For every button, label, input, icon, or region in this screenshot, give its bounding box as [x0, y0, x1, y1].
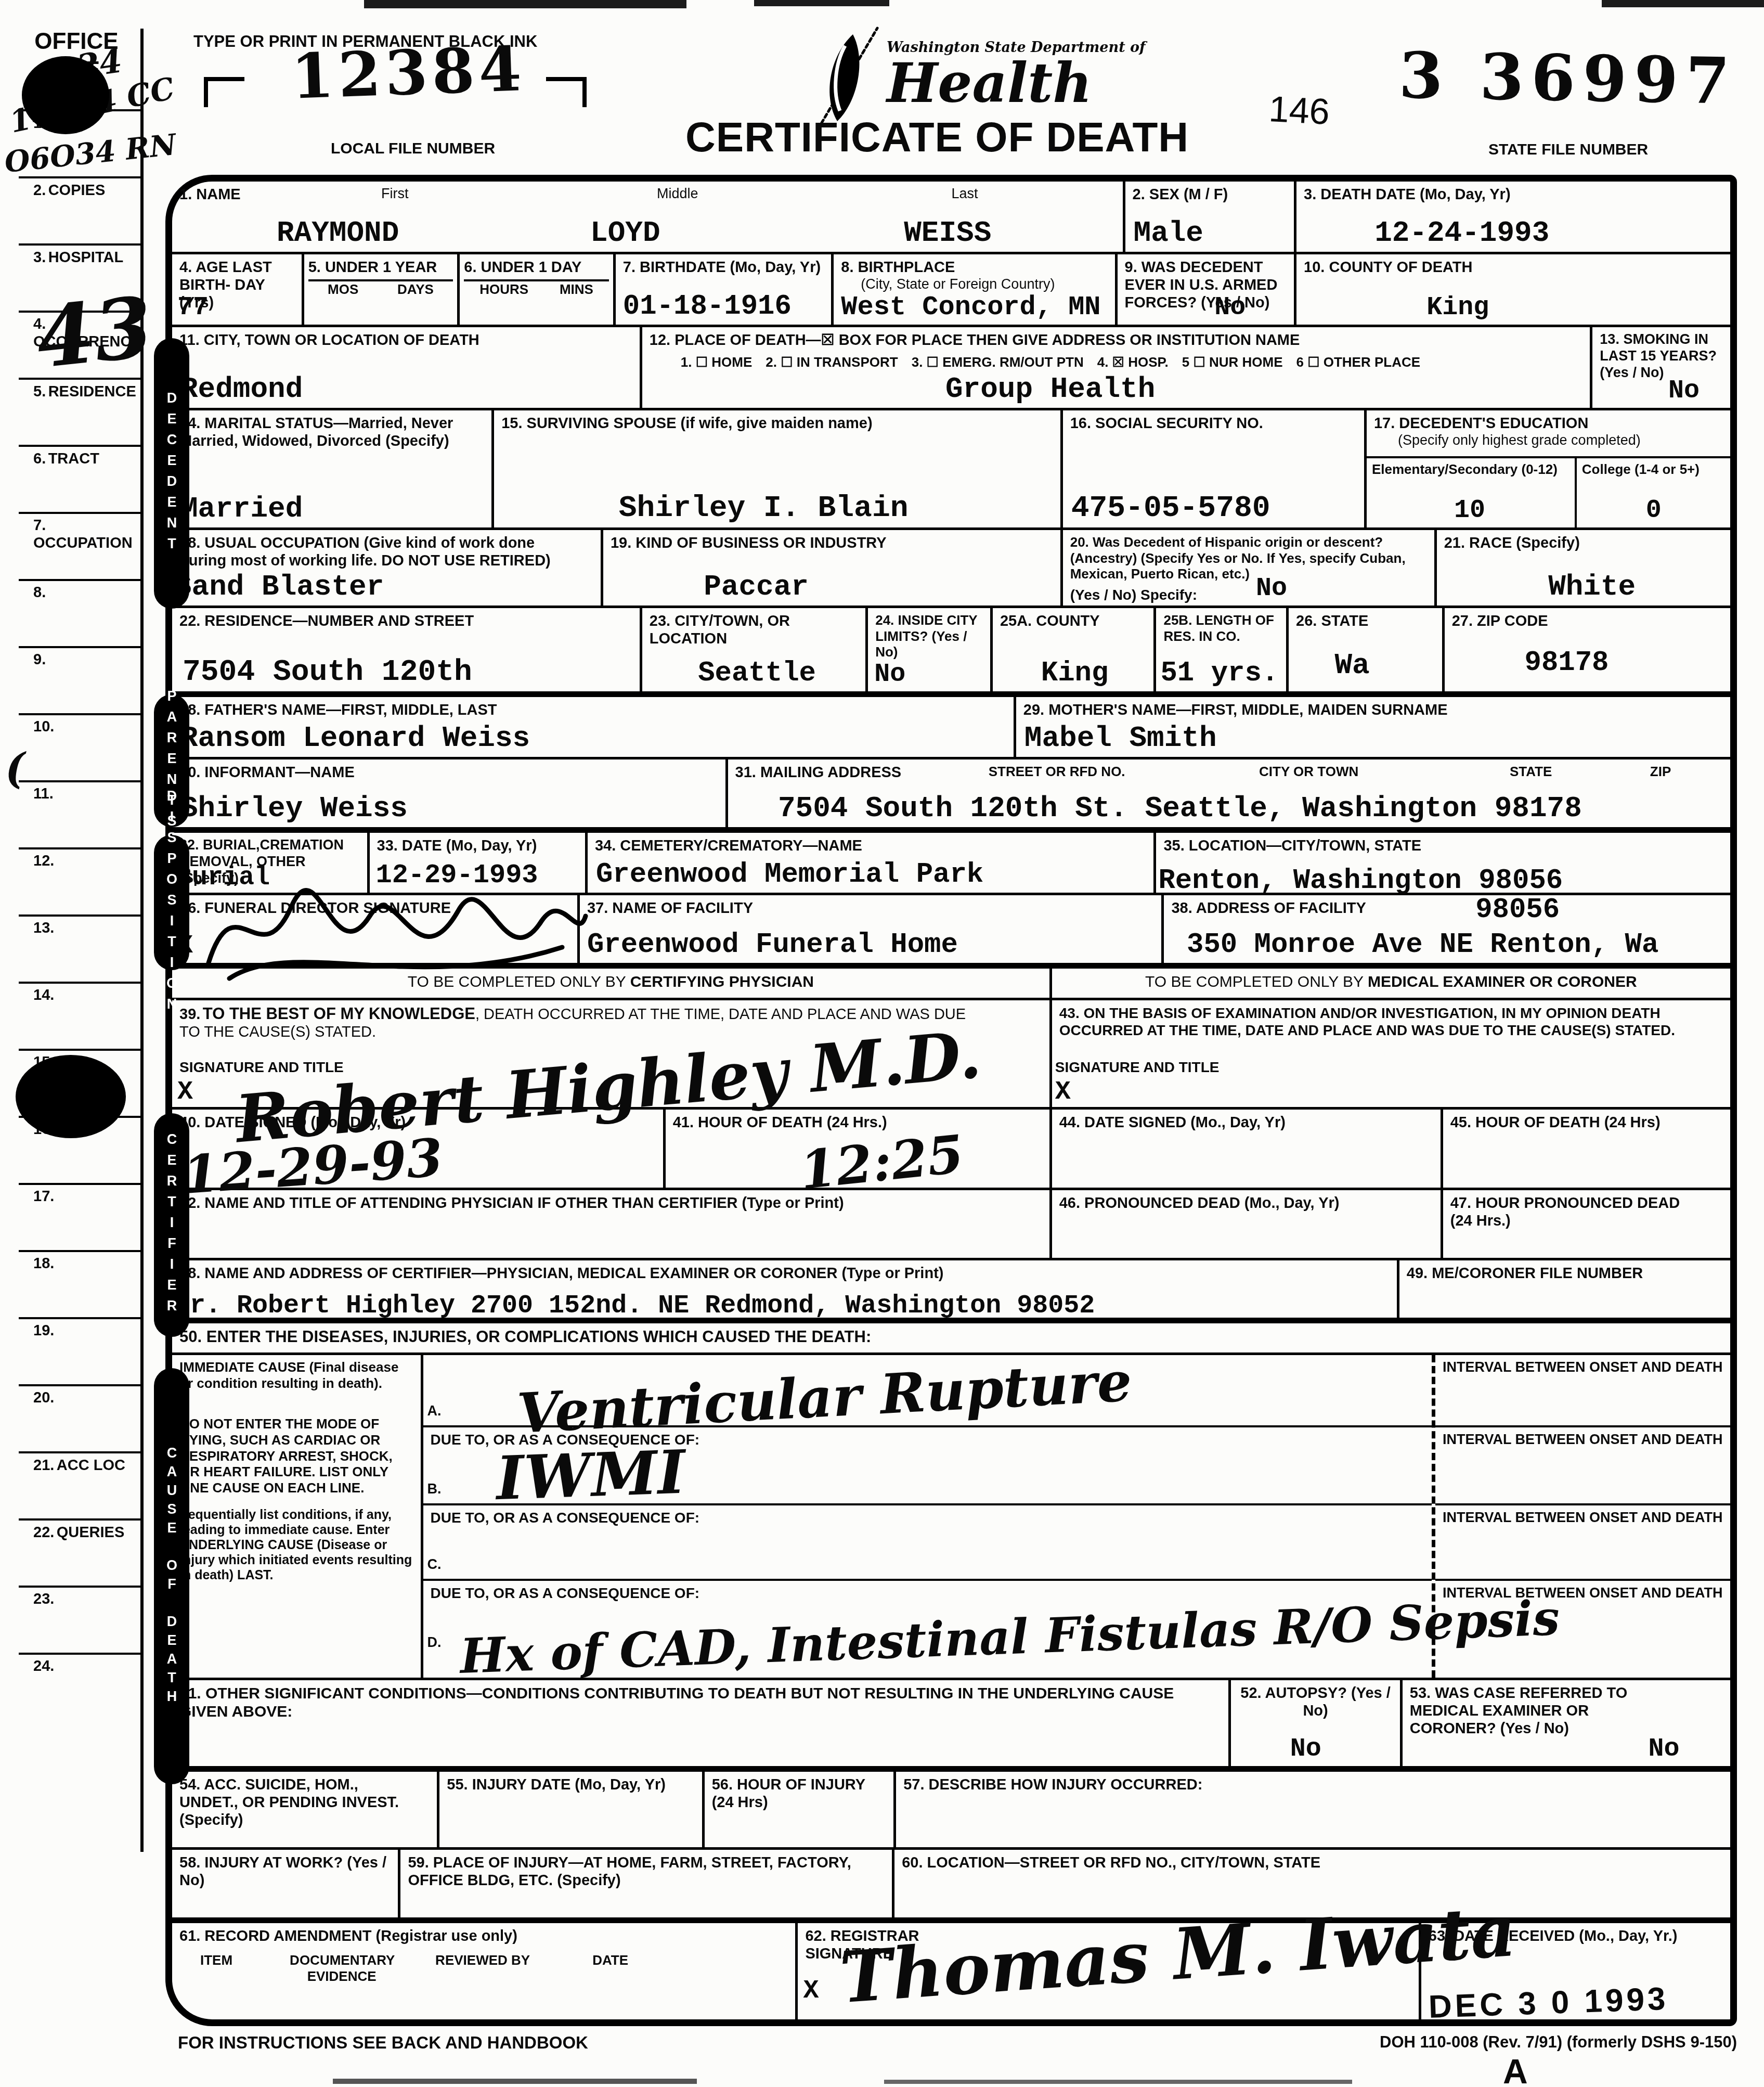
field-26-state: 26. STATE Wa — [1286, 608, 1442, 691]
certificate-title: CERTIFICATE OF DEATH — [685, 113, 1189, 161]
field-21-value: White — [1548, 570, 1636, 603]
field-49-me-file-number: 49. ME/CORONER FILE NUMBER — [1397, 1260, 1730, 1318]
field-49-label: 49. ME/CORONER FILE NUMBER — [1407, 1265, 1643, 1282]
certificate-form: 1. NAME First Middle Last RAYMOND LOYD W… — [165, 175, 1737, 2026]
field-61-record-amendment: 61. RECORD AMENDMENT (Registrar use only… — [172, 1923, 795, 2019]
field-47-hour-pronounced: 47. HOUR PRONOUNCED DEAD (24 Hrs.) — [1441, 1190, 1730, 1258]
field-19-value: Paccar — [704, 570, 809, 603]
field-59-label: 59. PLACE OF INJURY—AT HOME, FARM, STREE… — [408, 1854, 851, 1889]
field-1-label: 1. NAME — [179, 186, 241, 203]
field-45-me-hour-of-death: 45. HOUR OF DEATH (24 Hrs) — [1441, 1110, 1730, 1188]
row-informant: 30. INFORMANT—NAME Shirley Weiss 31. MAI… — [172, 757, 1730, 827]
field-8-value: West Concord, MN — [841, 292, 1100, 323]
footer-mark-a: A — [1503, 2052, 1528, 2087]
row-name: 1. NAME First Middle Last RAYMOND LOYD W… — [172, 182, 1730, 252]
field-17-education: 17. DECEDENT'S EDUCATION (Specify only h… — [1364, 410, 1730, 527]
death-certificate-page: OFFICE USE ONLY TYPE OR PRINT IN PERMANE… — [0, 0, 1764, 2087]
field-45-label: 45. HOUR OF DEATH (24 Hrs) — [1450, 1114, 1661, 1131]
field-42-attending-physician: 42. NAME AND TITLE OF ATTENDING PHYSICIA… — [172, 1190, 1049, 1258]
office-item: 8. — [19, 579, 141, 646]
field-27-value: 98178 — [1524, 647, 1609, 679]
field-1-middle-label: Middle — [657, 186, 698, 202]
field-41-hour-of-death: 41. HOUR OF DEATH (24 Hrs.) 12:25 — [663, 1110, 1049, 1188]
field-38-label: 38. ADDRESS OF FACILITY — [1171, 900, 1366, 917]
field-51-other-conditions: 51. OTHER SIGNIFICANT CONDITIONS—CONDITI… — [172, 1680, 1228, 1766]
field-15-surviving-spouse: 15. SURVIVING SPOUSE (if wife, give maid… — [491, 410, 1060, 527]
field-61-col3: REVIEWED BY — [435, 1952, 530, 1984]
field-58-injury-at-work: 58. INJURY AT WORK? (Yes / No) — [172, 1850, 398, 1917]
cause-line-b-label: B. — [427, 1481, 442, 1497]
field-27-label: 27. ZIP CODE — [1452, 613, 1548, 629]
field-21-race: 21. RACE (Specify) White — [1434, 530, 1730, 606]
scan-artifact — [364, 0, 686, 8]
field-18-value: Sand Blaster — [174, 570, 384, 603]
row-attending-physician: 42. NAME AND TITLE OF ATTENDING PHYSICIA… — [172, 1188, 1730, 1258]
field-30-label: 30. INFORMANT—NAME — [179, 764, 355, 781]
field-53-referred-to-me: 53. WAS CASE REFERRED TO MEDICAL EXAMINE… — [1400, 1680, 1730, 1766]
field-21-label: 21. RACE (Specify) — [1444, 535, 1580, 551]
office-item: 9. — [19, 646, 141, 713]
scan-artifact — [884, 2080, 1352, 2084]
field-9-value: No — [1214, 293, 1246, 323]
field-1-last-value: WEISS — [904, 216, 991, 250]
row-registrar: 61. RECORD AMENDMENT (Registrar use only… — [172, 1917, 1730, 2019]
field-17-elem-value: 10 — [1454, 496, 1485, 525]
row-injury-1: 54. ACC. SUICIDE, HOM., UNDET., OR PENDI… — [172, 1766, 1730, 1847]
field-8-label: 8. BIRTHPLACE — [841, 259, 955, 276]
field-12-place-of-death: 12. PLACE OF DEATH—☒ BOX FOR PLACE THEN … — [640, 327, 1590, 408]
footer-form-number: DOH 110-008 (Rev. 7/91) (formerly DSHS 9… — [1238, 2033, 1737, 2052]
field-6-mins-label: MINS — [560, 281, 593, 298]
office-item: 21. ACC LOC — [19, 1451, 141, 1518]
field-13-label: 13. SMOKING IN LAST 15 YEARS? (Yes / No) — [1600, 331, 1717, 380]
office-item: 22. QUERIES — [19, 1518, 141, 1586]
field-16-label: 16. SOCIAL SECURITY NO. — [1070, 415, 1263, 432]
field-30-value: Shirley Weiss — [180, 792, 408, 825]
cause-line-a-label: A. — [427, 1403, 442, 1419]
field-2-value: Male — [1134, 216, 1203, 250]
field-38-facility-address: 38. ADDRESS OF FACILITY 98056 350 Monroe… — [1161, 895, 1730, 963]
field-35-value: Renton, Washington 98056 — [1158, 865, 1563, 897]
field-8-birthplace: 8. BIRTHPLACE (City, State or Foreign Co… — [831, 254, 1114, 325]
field-38-value: 350 Monroe Ave NE Renton, Wa — [1187, 929, 1658, 961]
field-6-under-1-day: 6. UNDER 1 DAY HOURS MINS — [457, 254, 613, 325]
field-2-label: 2. SEX (M / F) — [1133, 186, 1228, 203]
field-46-pronounced-dead: 46. PRONOUNCED DEAD (Mo., Day, Yr) — [1049, 1190, 1441, 1258]
field-12-value: Group Health — [945, 372, 1155, 406]
row-certify-statement: 39. TO THE BEST OF MY KNOWLEDGE, DEATH O… — [172, 998, 1730, 1107]
section-cause-of-death: CAUSE OF DEATH — [154, 1368, 189, 1784]
field-13-smoking: 13. SMOKING IN LAST 15 YEARS? (Yes / No)… — [1590, 327, 1730, 408]
field-17-label: 17. DECEDENT'S EDUCATION — [1374, 415, 1588, 432]
cause-line-d-value: Hx of CAD, Intestinal Fistulas R/O Sepsi… — [459, 1590, 1560, 1684]
field-16-value: 475-05-5780 — [1071, 492, 1270, 525]
field-7-birthdate: 7. BIRTHDATE (Mo, Day, Yr) 01-18-1916 — [613, 254, 831, 325]
field-29-value: Mabel Smith — [1024, 722, 1217, 755]
field-25b-label: 25B. LENGTH OF RES. IN CO. — [1163, 612, 1274, 644]
redaction-dot — [22, 56, 109, 134]
field-57-label: 57. DESCRIBE HOW INJURY OCCURRED: — [903, 1776, 1202, 1793]
field-59-place-of-injury: 59. PLACE OF INJURY—AT HOME, FARM, STREE… — [398, 1850, 892, 1917]
field-38-value-top: 98056 — [1475, 894, 1560, 926]
section-disposition: DISPOSITION — [154, 835, 189, 970]
interval-c-label: INTERVAL BETWEEN ONSET AND DEATH — [1443, 1510, 1723, 1525]
field-24-value: No — [874, 660, 905, 689]
page-note-146: 146 — [1268, 88, 1331, 133]
field-63-value-stamp: DEC 3 0 1993 — [1428, 1980, 1669, 2026]
office-item: 19. — [19, 1317, 141, 1384]
field-28-value: Ransom Leonard Weiss — [180, 722, 530, 755]
cause-note-immediate: IMMEDIATE CAUSE (Final disease or condit… — [179, 1359, 413, 1391]
field-62-x: X — [803, 1976, 819, 2006]
field-19-industry: 19. KIND OF BUSINESS OR INDUSTRY Paccar — [601, 530, 1060, 606]
cause-line-b-value: IWMI — [495, 1437, 686, 1514]
field-10-county-of-death: 10. COUNTY OF DEATH King — [1294, 254, 1730, 325]
section-decedent: DECEDENT — [154, 338, 189, 609]
field-25a-value: King — [1041, 658, 1109, 689]
office-item: 12. — [19, 847, 141, 914]
cause-line-a: A. Ventricular Rupture — [423, 1355, 1432, 1425]
field-29-mother-name: 29. MOTHER'S NAME—FIRST, MIDDLE, MAIDEN … — [1014, 697, 1730, 757]
scan-artifact — [754, 0, 889, 6]
field-62-registrar-signature: 62. REGISTRAR SIGNATURE X Thomas M. Iwat… — [795, 1923, 1418, 2019]
field-18-occupation: 18. USUAL OCCUPATION (Give kind of work … — [172, 530, 601, 606]
field-8-sublabel: (City, State or Foreign Country) — [861, 276, 1107, 292]
field-55-label: 55. INJURY DATE (Mo, Day, Yr) — [447, 1776, 666, 1793]
cause-note-sequential: Sequentially list conditions, if any, le… — [179, 1508, 413, 1583]
cause-line-d-label: D. — [427, 1634, 442, 1651]
field-3-death-date: 3. DEATH DATE (Mo, Day, Yr) 12-24-1993 — [1294, 182, 1730, 252]
field-61-col1: ITEM — [200, 1952, 232, 1984]
field-31-col4-label: ZIP — [1650, 764, 1671, 780]
place-option-other: 6 ☐ OTHER PLACE — [1296, 354, 1420, 370]
cert-right-strong: MEDICAL EXAMINER OR CORONER — [1368, 973, 1637, 990]
field-23-residence-city: 23. CITY/TOWN, OR LOCATION Seattle — [640, 608, 865, 691]
office-item: 18. — [19, 1250, 141, 1317]
interval-a: INTERVAL BETWEEN ONSET AND DEATH — [1435, 1355, 1730, 1425]
place-option-home: 1. ☐ HOME — [681, 354, 752, 370]
field-9-label: 9. WAS DECEDENT EVER IN U.S. ARMED FORCE… — [1125, 259, 1278, 311]
field-22-label: 22. RESIDENCE—NUMBER AND STREET — [179, 613, 474, 629]
field-24-inside-city-limits: 24. INSIDE CITY LIMITS? (Yes / No) No — [865, 608, 990, 691]
field-11-city-of-death: 11. CITY, TOWN OR LOCATION OF DEATH Redm… — [172, 327, 640, 408]
field-53-label: 53. WAS CASE REFERRED TO MEDICAL EXAMINE… — [1410, 1684, 1661, 1738]
field-15-label: 15. SURVIVING SPOUSE (if wife, give maid… — [501, 415, 872, 432]
field-10-value: King — [1426, 293, 1489, 323]
field-43-label: 43. ON THE BASIS OF EXAMINATION AND/OR I… — [1059, 1004, 1696, 1039]
field-10-label: 10. COUNTY OF DEATH — [1304, 259, 1472, 276]
field-17-college: College (1-4 or 5+) 0 — [1575, 458, 1730, 527]
place-option-in-transport: 2. ☐ IN TRANSPORT — [766, 354, 898, 370]
field-31-col3-label: STATE — [1510, 764, 1552, 780]
section-certifier: CERTIFIER — [154, 1113, 189, 1337]
field-11-label: 11. CITY, TOWN OR LOCATION OF DEATH — [179, 332, 479, 349]
field-24-label: 24. INSIDE CITY LIMITS? (Yes / No) — [875, 612, 977, 660]
field-28-label: 28. FATHER'S NAME—FIRST, MIDDLE, LAST — [179, 702, 497, 718]
office-item: 17. — [19, 1183, 141, 1250]
field-34-value: Greenwood Memorial Park — [596, 859, 983, 891]
field-20-value: No — [1256, 574, 1287, 603]
state-file-number-stamp: 3 36997 — [1398, 37, 1737, 118]
office-item: 2. COPIES — [19, 176, 141, 243]
field-56-hour-of-injury: 56. HOUR OF INJURY (24 Hrs) — [702, 1772, 894, 1847]
field-47-label: 47. HOUR PRONOUNCED DEAD (24 Hrs.) — [1450, 1194, 1701, 1230]
field-26-label: 26. STATE — [1296, 613, 1368, 629]
field-1-first-value: RAYMOND — [277, 216, 399, 250]
field-31-col2-label: CITY OR TOWN — [1259, 764, 1358, 780]
redaction-dot — [16, 1055, 126, 1138]
crop-mark-left — [204, 77, 244, 107]
field-54-manner: 54. ACC. SUICIDE, HOM., UNDET., OR PENDI… — [172, 1772, 437, 1847]
field-27-zip: 27. ZIP CODE 98178 — [1442, 608, 1730, 691]
field-5-under-1-year: 5. UNDER 1 YEAR MOS DAYS — [302, 254, 458, 325]
field-33-label: 33. DATE (Mo, Day, Yr) — [377, 838, 537, 854]
field-16-ssn: 16. SOCIAL SECURITY NO. 475-05-5780 — [1060, 410, 1364, 527]
cause-lines: A. Ventricular Rupture DUE TO, OR AS A C… — [421, 1355, 1432, 1678]
field-31-mailing-address: 31. MAILING ADDRESS STREET OR RFD NO. CI… — [725, 759, 1730, 827]
field-5-days-label: DAYS — [397, 281, 434, 298]
field-9-armed-forces: 9. WAS DECEDENT EVER IN U.S. ARMED FORCE… — [1115, 254, 1294, 325]
field-31-col1-label: STREET OR RFD NO. — [989, 764, 1125, 780]
field-29-label: 29. MOTHER'S NAME—FIRST, MIDDLE, MAIDEN … — [1023, 702, 1448, 718]
field-20-prompt: (Yes / No) Specify: — [1070, 586, 1197, 603]
cert-left-strong: CERTIFYING PHYSICIAN — [630, 973, 814, 990]
row-certifier-address: 48. NAME AND ADDRESS OF CERTIFIER—PHYSIC… — [172, 1258, 1730, 1318]
scan-artifact — [333, 2079, 697, 2084]
field-58-label: 58. INJURY AT WORK? (Yes / No) — [179, 1854, 386, 1889]
row-funeral: 36. FUNERAL DIRECTOR SIGNATURE X 37. NAM… — [172, 893, 1730, 963]
cause-instructions: IMMEDIATE CAUSE (Final disease or condit… — [172, 1355, 421, 1678]
field-51-label: 51. OTHER SIGNIFICANT CONDITIONS—CONDITI… — [179, 1685, 1174, 1720]
field-39-strong: TO THE BEST OF MY KNOWLEDGE — [203, 1004, 475, 1023]
field-4-value: 77 — [177, 293, 209, 323]
field-39-certify: 39. TO THE BEST OF MY KNOWLEDGE, DEATH O… — [172, 1000, 1049, 1107]
field-3-value: 12-24-1993 — [1374, 216, 1549, 250]
field-37-value: Greenwood Funeral Home — [587, 929, 958, 961]
field-61-col2: DOCUMENTARY EVIDENCE — [290, 1952, 394, 1984]
field-55-injury-date: 55. INJURY DATE (Mo, Day, Yr) — [437, 1772, 702, 1847]
field-60-label: 60. LOCATION—STREET OR RFD NO., CITY/TOW… — [902, 1854, 1320, 1871]
field-61-label: 61. RECORD AMENDMENT (Registrar use only… — [179, 1928, 517, 1944]
row-parents: 28. FATHER'S NAME—FIRST, MIDDLE, LAST Ra… — [172, 691, 1730, 757]
field-52-label: 52. AUTOPSY? (Yes / No) — [1240, 1685, 1391, 1719]
state-file-number-label: STATE FILE NUMBER — [1488, 140, 1648, 159]
field-5-label: 5. UNDER 1 YEAR — [308, 259, 437, 276]
field-14-marital-status: 14. MARITAL STATUS—Married, Never Marrie… — [172, 410, 491, 527]
crop-mark-right — [546, 77, 587, 107]
cause-line-c-dueto: DUE TO, OR AS A CONSEQUENCE OF: — [431, 1510, 700, 1526]
funeral-director-signature-scribble — [198, 859, 593, 989]
field-43-x: X — [1055, 1077, 1071, 1107]
row-age: 4. AGE LAST BIRTH- DAY (Yrs) 77 5. UNDER… — [172, 252, 1730, 325]
field-39-x: X — [177, 1077, 193, 1107]
field-25a-label: 25A. COUNTY — [1000, 613, 1100, 629]
field-35-cemetery-location: 35. LOCATION—CITY/TOWN, STATE Renton, Wa… — [1153, 833, 1730, 893]
field-22-residence-street: 22. RESIDENCE—NUMBER AND STREET 7504 Sou… — [172, 608, 640, 691]
field-5-mos-label: MOS — [328, 281, 358, 298]
field-52-autopsy: 52. AUTOPSY? (Yes / No) No — [1228, 1680, 1400, 1766]
field-18-label: 18. USUAL OCCUPATION (Give kind of work … — [179, 534, 573, 570]
field-34-cemetery: 34. CEMETERY/CREMATORY—NAME Greenwood Me… — [585, 833, 1154, 893]
field-25a-county: 25A. COUNTY King — [990, 608, 1154, 691]
field-50-label: 50. ENTER THE DISEASES, INJURIES, OR COM… — [179, 1328, 871, 1346]
field-35-label: 35. LOCATION—CITY/TOWN, STATE — [1163, 838, 1421, 854]
field-3-label: 3. DEATH DATE (Mo, Day, Yr) — [1304, 186, 1510, 203]
office-item: 24. — [19, 1653, 141, 1720]
place-option-emerg: 3. ☐ EMERG. RM/OUT PTN — [912, 354, 1084, 370]
field-25b-value: 51 yrs. — [1160, 658, 1278, 689]
interval-b-label: INTERVAL BETWEEN ONSET AND DEATH — [1443, 1432, 1723, 1447]
cause-of-death-block: IMMEDIATE CAUSE (Final disease or condit… — [172, 1352, 1730, 1678]
place-option-hosp-checked: 4. ☒ HOSP. — [1097, 354, 1169, 370]
field-19-label: 19. KIND OF BUSINESS OR INDUSTRY — [611, 535, 887, 551]
cause-line-c: DUE TO, OR AS A CONSEQUENCE OF: C. — [423, 1503, 1432, 1579]
interval-a-label: INTERVAL BETWEEN ONSET AND DEATH — [1443, 1359, 1723, 1375]
cause-line-c-label: C. — [427, 1556, 442, 1573]
field-1-last-label: Last — [952, 186, 978, 202]
field-48-label: 48. NAME AND ADDRESS OF CERTIFIER—PHYSIC… — [179, 1265, 943, 1282]
office-item: 11. — [19, 780, 141, 847]
field-37-label: 37. NAME OF FACILITY — [587, 900, 753, 917]
dept-big-text: Health — [887, 51, 1092, 115]
field-48-certifier-address: 48. NAME AND ADDRESS OF CERTIFIER—PHYSIC… — [172, 1260, 1397, 1318]
field-30-informant: 30. INFORMANT—NAME Shirley Weiss — [172, 759, 725, 827]
interval-b: INTERVAL BETWEEN ONSET AND DEATH — [1435, 1425, 1730, 1503]
office-item: 23. — [19, 1586, 141, 1653]
interval-c: INTERVAL BETWEEN ONSET AND DEATH — [1435, 1503, 1730, 1579]
field-13-value: No — [1668, 376, 1700, 406]
field-14-value: Married — [180, 492, 303, 525]
office-item: 20. — [19, 1384, 141, 1451]
cert-right-prefix: TO BE COMPLETED ONLY BY — [1145, 973, 1368, 990]
margin-mark: ( — [5, 744, 25, 793]
field-43-sig-label: SIGNATURE AND TITLE — [1055, 1059, 1220, 1076]
row-occupation: 18. USUAL OCCUPATION (Give kind of work … — [172, 527, 1730, 606]
field-23-value: Seattle — [698, 658, 816, 689]
field-20-label: 20. Was Decedent of Hispanic origin or d… — [1070, 534, 1416, 582]
field-1-name: 1. NAME First Middle Last RAYMOND LOYD W… — [172, 182, 1123, 252]
field-23-label: 23. CITY/TOWN, OR LOCATION — [650, 613, 790, 647]
field-31-value: 7504 South 120th St. Seattle, Washington… — [778, 792, 1582, 825]
office-item: 13. — [19, 914, 141, 982]
cause-line-d-dueto: DUE TO, OR AS A CONSEQUENCE OF: — [431, 1585, 700, 1601]
field-4-age: 4. AGE LAST BIRTH- DAY (Yrs) 77 — [172, 254, 302, 325]
place-option-nur-home: 5 ☐ NUR HOME — [1182, 354, 1283, 370]
field-22-value: 7504 South 120th — [183, 655, 472, 689]
occurrence-handwriting-43: 43 — [32, 278, 157, 387]
field-52-value: No — [1290, 1734, 1321, 1764]
field-17-elem-label: Elementary/Secondary (0-12) — [1372, 461, 1558, 477]
row-residence: 22. RESIDENCE—NUMBER AND STREET 7504 Sou… — [172, 606, 1730, 691]
field-46-label: 46. PRONOUNCED DEAD (Mo., Day, Yr) — [1059, 1195, 1340, 1212]
field-37-facility-name: 37. NAME OF FACILITY Greenwood Funeral H… — [577, 895, 1162, 963]
field-57-how-injury-occurred: 57. DESCRIBE HOW INJURY OCCURRED: — [893, 1772, 1730, 1847]
field-36-funeral-director-signature: 36. FUNERAL DIRECTOR SIGNATURE X — [172, 895, 577, 963]
office-item: 10. — [19, 713, 141, 780]
field-44-label: 44. DATE SIGNED (Mo., Day, Yr) — [1059, 1114, 1286, 1131]
field-17-college-value: 0 — [1646, 496, 1662, 525]
scan-artifact — [1602, 0, 1764, 7]
field-44-me-date-signed: 44. DATE SIGNED (Mo., Day, Yr) — [1049, 1110, 1441, 1188]
cause-note-mode: DO NOT ENTER THE MODE OF DYING, SUCH AS … — [179, 1416, 413, 1496]
field-7-value: 01-18-1916 — [623, 291, 792, 323]
field-17-elementary: Elementary/Secondary (0-12) 10 — [1367, 458, 1575, 527]
field-6-hours-label: HOURS — [479, 281, 528, 298]
row-other-conditions: 51. OTHER SIGNIFICANT CONDITIONS—CONDITI… — [172, 1678, 1730, 1766]
field-54-label: 54. ACC. SUICIDE, HOM., UNDET., OR PENDI… — [179, 1776, 410, 1830]
office-item: 5. RESIDENCE — [19, 378, 141, 445]
field-26-value: Wa — [1334, 649, 1369, 682]
local-file-number-stamp: 12384 — [290, 32, 527, 113]
field-61-col4: DATE — [592, 1952, 628, 1984]
field-12-label: 12. PLACE OF DEATH—☒ BOX FOR PLACE THEN … — [650, 332, 1300, 349]
field-17-sublabel: (Specify only highest grade completed) — [1398, 432, 1723, 448]
field-20-hispanic-origin: 20. Was Decedent of Hispanic origin or d… — [1060, 530, 1434, 606]
row-place-of-death: 11. CITY, TOWN OR LOCATION OF DEATH Redm… — [172, 325, 1730, 408]
office-item: 14. — [19, 982, 141, 1049]
field-43-me-certify: 43. ON THE BASIS OF EXAMINATION AND/OR I… — [1049, 1000, 1730, 1107]
medical-examiner-header: TO BE COMPLETED ONLY BY MEDICAL EXAMINER… — [1049, 969, 1730, 998]
field-25b-length-of-res: 25B. LENGTH OF RES. IN CO. 51 yrs. — [1153, 608, 1286, 691]
field-1-middle-value: LOYD — [590, 216, 660, 250]
field-48-value: Dr. Robert Highley 2700 152nd. NE Redmon… — [174, 1291, 1095, 1321]
local-file-number-label: LOCAL FILE NUMBER — [331, 139, 495, 158]
field-1-first-label: First — [381, 186, 408, 202]
row-marital: 14. MARITAL STATUS—Married, Never Marrie… — [172, 408, 1730, 527]
field-2-sex: 2. SEX (M / F) Male — [1123, 182, 1294, 252]
footer-instructions: FOR INSTRUCTIONS SEE BACK AND HANDBOOK — [178, 2033, 588, 2053]
row-cause-header: 50. ENTER THE DISEASES, INJURIES, OR COM… — [172, 1318, 1730, 1352]
office-item: 6. TRACT — [19, 445, 141, 512]
field-17-college-label: College (1-4 or 5+) — [1582, 461, 1700, 477]
field-28-father-name: 28. FATHER'S NAME—FIRST, MIDDLE, LAST Ra… — [172, 697, 1014, 757]
field-31-label: 31. MAILING ADDRESS — [735, 764, 902, 781]
field-14-label: 14. MARITAL STATUS—Married, Never Marrie… — [179, 415, 460, 450]
field-53-value: No — [1648, 1734, 1679, 1764]
field-39-num: 39. — [179, 1006, 200, 1023]
field-7-label: 7. BIRTHDATE (Mo, Day, Yr) — [623, 259, 821, 276]
field-56-label: 56. HOUR OF INJURY (24 Hrs) — [712, 1776, 865, 1811]
field-34-label: 34. CEMETERY/CREMATORY—NAME — [595, 838, 862, 854]
cause-line-d: DUE TO, OR AS A CONSEQUENCE OF: D. Hx of… — [423, 1579, 1432, 1657]
field-15-value: Shirley I. Blain — [619, 492, 909, 525]
field-11-value: Redmond — [180, 372, 303, 406]
field-50-header: 50. ENTER THE DISEASES, INJURIES, OR COM… — [172, 1323, 1730, 1352]
field-39-sig-label: SIGNATURE AND TITLE — [179, 1059, 344, 1076]
office-item: 7. OCCUPATION — [19, 512, 141, 579]
field-6-label: 6. UNDER 1 DAY — [464, 259, 581, 276]
